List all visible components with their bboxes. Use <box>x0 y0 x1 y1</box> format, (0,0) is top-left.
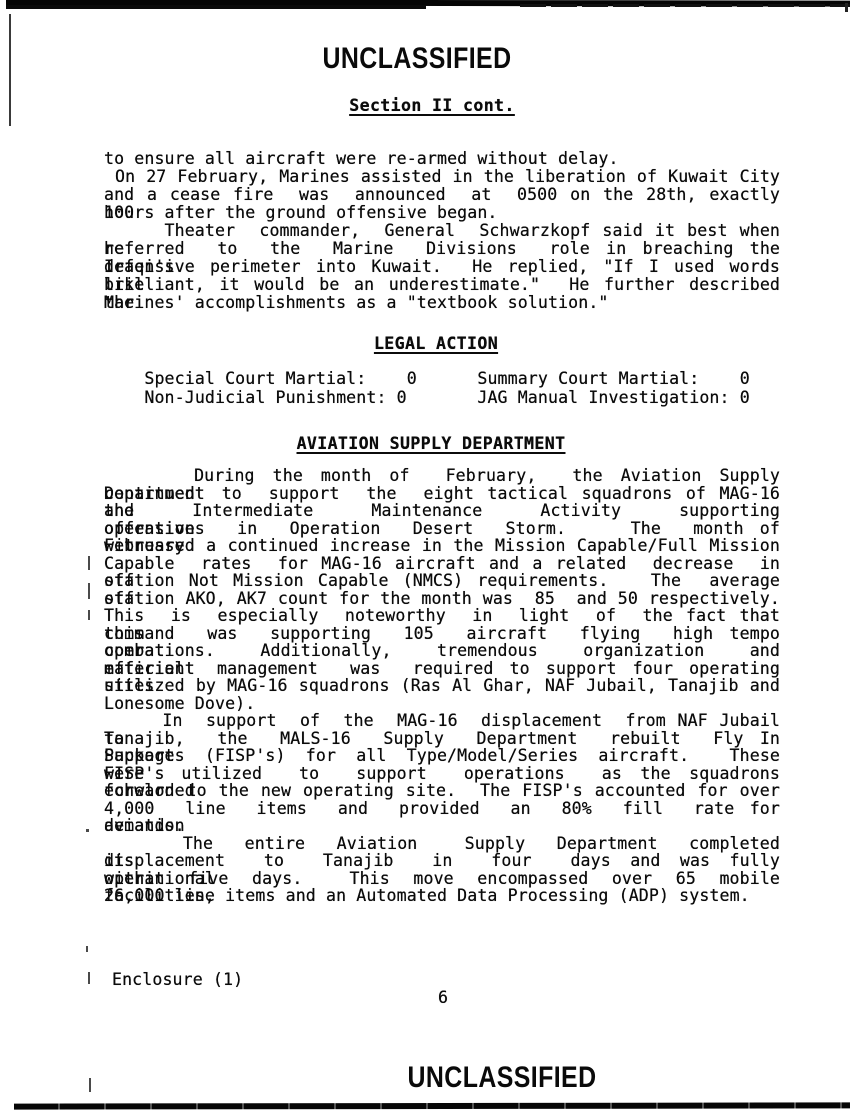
text-line: were utilized to support operations as t… <box>104 765 780 783</box>
text-line: The entire Aviation Supply Department co… <box>104 835 780 853</box>
text-line: the Intermediate Maintenance Activity su… <box>104 502 780 520</box>
text-line: to ensure all aircraft were re-armed wit… <box>104 150 780 168</box>
narrative-block: to ensure all aircraft were re-armed wit… <box>104 150 780 312</box>
page-number: 6 <box>438 988 448 1007</box>
legal-action-heading: LEGAL ACTION <box>374 334 498 353</box>
scan-artifact-margin-tick <box>88 556 90 570</box>
scan-artifact-top-bar <box>520 4 850 7</box>
text-line: utilized by MAG-16 squadrons (Ras Al Gha… <box>104 677 780 695</box>
text-line: Non-Judicial Punishment: 0 JAG Manual In… <box>104 388 780 407</box>
text-line: material management was required to supp… <box>104 660 780 678</box>
text-line: operations. Additionally, tremendous org… <box>104 642 780 660</box>
classification-banner-bottom: UNCLASSIFIED <box>408 1063 597 1093</box>
classification-banner-top: UNCLASSIFIED <box>323 44 512 74</box>
scan-artifact-margin-tick <box>88 610 90 620</box>
text-line: Capable rates for MAG-16 aircraft and a … <box>104 555 780 573</box>
aviation-supply-block: During the month of February, the Aviati… <box>104 467 780 905</box>
text-line: forward to the new operating site. The F… <box>104 782 780 800</box>
text-line: 26,000 line items and an Automated Data … <box>104 887 780 905</box>
scan-artifact-bottom-bar <box>14 1102 850 1109</box>
text-line: Special Court Martial: 0 Summary Court M… <box>104 369 780 388</box>
text-line: Lonesome Dove). <box>104 695 780 713</box>
scanned-document-page: UNCLASSIFIED Section II cont. to ensure … <box>0 0 850 1114</box>
text-line: and a cease fire was announced at 0500 o… <box>104 186 780 204</box>
text-line: In support of the MAG-16 displacement fr… <box>104 712 780 730</box>
enclosure-label: Enclosure (1) <box>112 970 243 989</box>
scan-artifact-mark <box>845 3 848 12</box>
text-line: continued to support the eight tactical … <box>104 485 780 503</box>
scan-artifact-margin-tick <box>88 972 90 984</box>
text-line: 4,000 line items and provided an 80% fil… <box>104 800 780 818</box>
text-line: operations in Operation Desert Storm. Th… <box>104 520 780 538</box>
text-line: This is especially noteworthy in light o… <box>104 607 780 625</box>
aviation-supply-heading: AVIATION SUPPLY DEPARTMENT <box>297 434 566 453</box>
text-line: referred to the Marine Divisions role in… <box>104 240 780 258</box>
text-line: command was supporting 105 aircraft flyi… <box>104 625 780 643</box>
text-line: Marines' accomplishments as a "textbook … <box>104 294 780 312</box>
text-line: On 27 February, Marines assisted in the … <box>104 168 780 186</box>
scan-artifact-margin-tick <box>86 829 89 832</box>
text-line: defensive perimeter into Kuwait. He repl… <box>104 258 780 276</box>
section-heading: Section II cont. <box>349 96 514 115</box>
scan-artifact-left-line <box>9 14 11 126</box>
scan-artifact-margin-tick <box>89 1078 91 1092</box>
text-line: station Not Mission Capable (NMCS) requi… <box>104 572 780 590</box>
text-line: Tanajib, the MALS-16 Supply Department r… <box>104 730 780 748</box>
text-line: Theater commander, General Schwarzkopf s… <box>104 222 780 240</box>
text-line: within five days. This move encompassed … <box>104 870 780 888</box>
text-line: Packages (FISP's) for all Type/Model/Ser… <box>104 747 780 765</box>
scan-artifact-margin-tick <box>88 583 90 599</box>
legal-action-stats: Special Court Martial: 0 Summary Court M… <box>104 369 780 407</box>
scan-artifact-top-bar <box>6 5 426 9</box>
text-line: demands. <box>104 817 780 835</box>
text-line: witnessed a continued increase in the Mi… <box>104 537 780 555</box>
text-line: During the month of February, the Aviati… <box>104 467 780 485</box>
scan-artifact-margin-tick <box>86 946 88 952</box>
text-line: hours after the ground offensive began. <box>104 204 780 222</box>
text-line: station AKO, AK7 count for the month was… <box>104 590 780 608</box>
text-line: displacement to Tanajib in four days and… <box>104 852 780 870</box>
text-line: brilliant, it would be an underestimate.… <box>104 276 780 294</box>
